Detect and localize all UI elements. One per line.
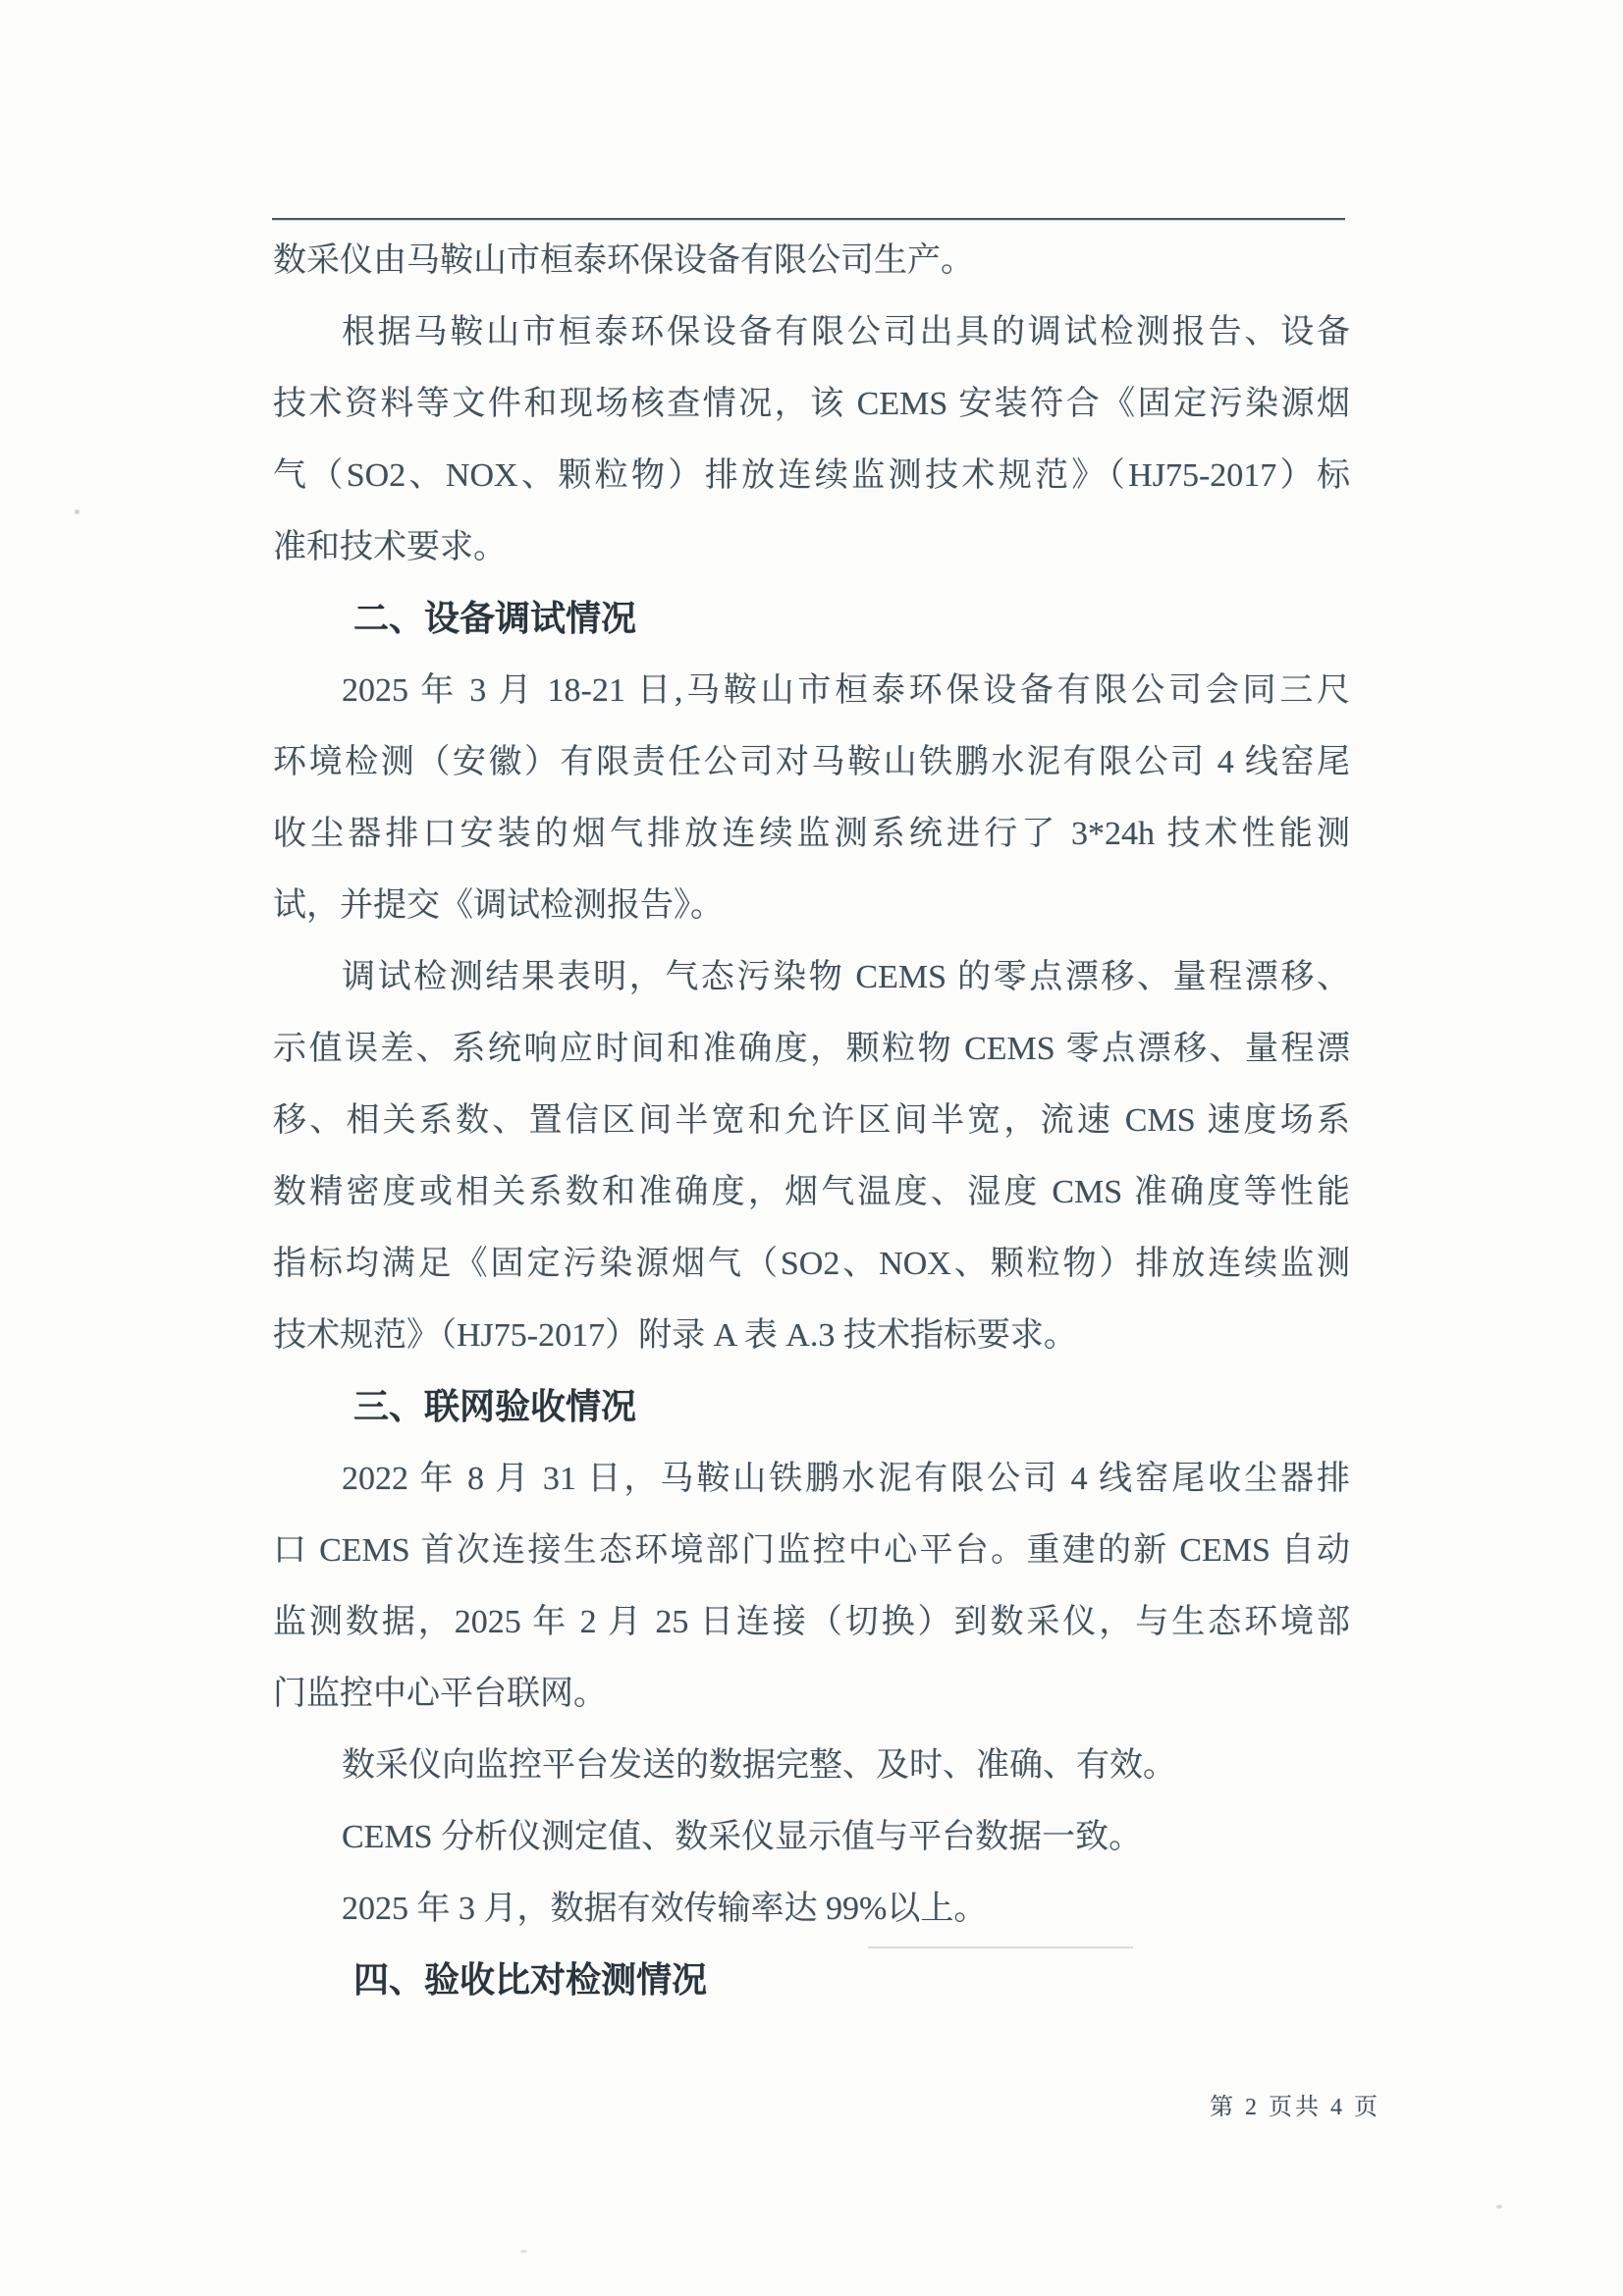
scan-artifact [1496,2205,1502,2209]
paragraph-line: 监测数据，2025 年 2 月 25 日连接（切换）到数采仪，与生态环境部 [273,1586,1350,1658]
section-heading-3: 三、联网验收情况 [273,1371,1350,1443]
paragraph-line: 调试检测结果表明，气态污染物 CEMS 的零点漂移、量程漂移、 [273,941,1350,1013]
paragraph-line: CEMS 分析仪测定值、数采仪显示值与平台数据一致。 [273,1801,1350,1873]
document-body: 数采仪由马鞍山市桓泰环保设备有限公司生产。 根据马鞍山市桓泰环保设备有限公司出具… [273,225,1350,2016]
paragraph-line: 门监控中心平台联网。 [273,1658,1350,1730]
document-page: 数采仪由马鞍山市桓泰环保设备有限公司生产。 根据马鞍山市桓泰环保设备有限公司出具… [0,0,1623,2296]
paragraph-line: 气（SO2、NOX、颗粒物）排放连续监测技术规范》（HJ75-2017）标 [273,440,1350,511]
header-rule [272,218,1345,220]
paragraph-line: 收尘器排口安装的烟气排放连续监测系统进行了 3*24h 技术性能测 [273,798,1350,870]
paragraph-line: 2025 年 3 月 18-21 日,马鞍山市桓泰环保设备有限公司会同三尺 [273,655,1350,726]
paragraph-line: 口 CEMS 首次连接生态环境部门监控中心平台。重建的新 CEMS 自动 [273,1515,1350,1586]
paragraph-line: 数采仪向监控平台发送的数据完整、及时、准确、有效。 [273,1730,1350,1801]
paragraph-line: 数精密度或相关系数和准确度，烟气温度、湿度 CMS 准确度等性能 [273,1156,1350,1228]
paragraph-line: 技术规范》（HJ75-2017）附录 A 表 A.3 技术指标要求。 [273,1300,1350,1371]
section-heading-2: 二、设备调试情况 [273,583,1350,655]
paragraph-line: 示值误差、系统响应时间和准确度，颗粒物 CEMS 零点漂移、量程漂 [273,1013,1350,1085]
section-heading-4: 四、验收比对检测情况 [273,1945,1350,2016]
paragraph-line: 移、相关系数、置信区间半宽和允许区间半宽，流速 CMS 速度场系 [273,1085,1350,1156]
paragraph-line: 指标均满足《固定污染源烟气（SO2、NOX、颗粒物）排放连续监测 [273,1228,1350,1300]
paragraph-line: 数采仪由马鞍山市桓泰环保设备有限公司生产。 [273,225,1350,296]
paragraph-line: 2022 年 8 月 31 日，马鞍山铁鹏水泥有限公司 4 线窑尾收尘器排 [273,1443,1350,1515]
paragraph-line: 2025 年 3 月，数据有效传输率达 99%以上。 [273,1873,1350,1945]
paragraph-line: 环境检测（安徽）有限责任公司对马鞍山铁鹏水泥有限公司 4 线窑尾 [273,726,1350,798]
paragraph-line: 准和技术要求。 [273,511,1350,583]
paragraph-line: 试，并提交《调试检测报告》。 [273,870,1350,941]
page-number: 第 2 页共 4 页 [1210,2087,1380,2121]
scan-artifact [520,2250,527,2253]
paragraph-line: 根据马鞍山市桓泰环保设备有限公司出具的调试检测报告、设备 [273,296,1350,368]
scan-artifact [75,509,80,514]
paragraph-line: 技术资料等文件和现场核查情况，该 CEMS 安装符合《固定污染源烟 [273,368,1350,440]
